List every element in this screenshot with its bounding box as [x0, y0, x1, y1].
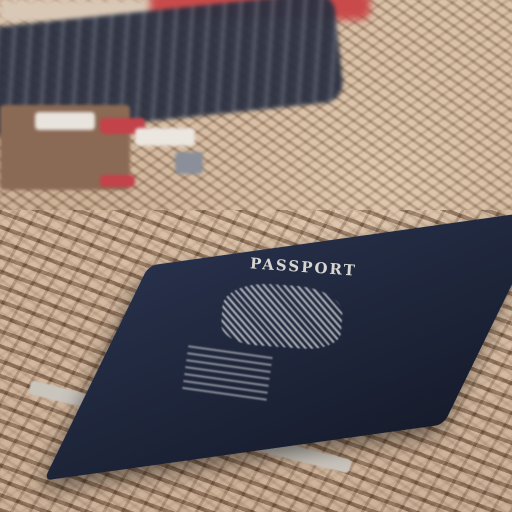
white-patch: [135, 128, 195, 146]
grey-patch: [175, 152, 203, 174]
red-patch: [100, 175, 135, 187]
photo-scene: PASSPORT: [0, 0, 512, 512]
white-patch: [35, 112, 95, 130]
